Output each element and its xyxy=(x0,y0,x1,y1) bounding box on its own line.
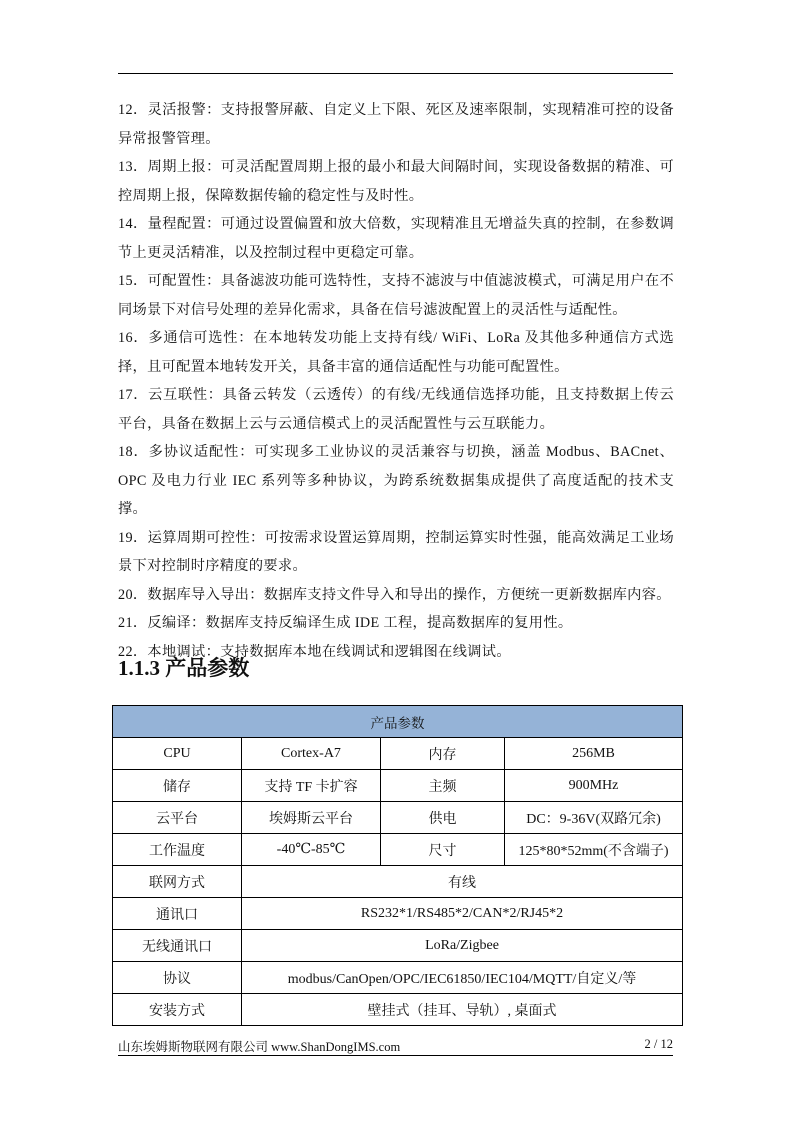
table-row: 安装方式 壁挂式（挂耳、导轨）, 桌面式 xyxy=(113,994,683,1026)
param-value: Cortex-A7 xyxy=(242,738,381,770)
table-row: CPU Cortex-A7 内存 256MB xyxy=(113,738,683,770)
table-title-row: 产品参数 xyxy=(113,706,683,738)
param-label: 通讯口 xyxy=(113,898,242,930)
param-label: 供电 xyxy=(381,802,505,834)
param-value: -40℃-85℃ xyxy=(242,834,381,866)
param-label: 内存 xyxy=(381,738,505,770)
table-row: 协议 modbus/CanOpen/OPC/IEC61850/IEC104/MQ… xyxy=(113,962,683,994)
table-row: 通讯口 RS232*1/RS485*2/CAN*2/RJ45*2 xyxy=(113,898,683,930)
table-title: 产品参数 xyxy=(113,706,683,738)
table-row: 工作温度 -40℃-85℃ 尺寸 125*80*52mm(不含端子) xyxy=(113,834,683,866)
param-label: 协议 xyxy=(113,962,242,994)
feature-item-13: 13．周期上报：可灵活配置周期上报的最小和最大间隔时间，实现设备数据的精准、可控… xyxy=(118,153,674,210)
footer-company: 山东埃姆斯物联网有限公司 www.ShanDongIMS.com xyxy=(118,1037,400,1055)
feature-item-21: 21．反编译：数据库支持反编译生成 IDE 工程，提高数据库的复用性。 xyxy=(118,609,674,638)
page-number: 2 / 12 xyxy=(645,1037,673,1055)
param-label: 联网方式 xyxy=(113,866,242,898)
param-value: 900MHz xyxy=(505,770,683,802)
param-label: 储存 xyxy=(113,770,242,802)
feature-item-19: 19．运算周期可控性：可按需求设置运算周期，控制运算实时性强，能高效满足工业场景… xyxy=(118,524,674,581)
page-footer: 山东埃姆斯物联网有限公司 www.ShanDongIMS.com 2 / 12 xyxy=(118,1037,673,1055)
feature-item-12: 12．灵活报警：支持报警屏蔽、自定义上下限、死区及速率限制，实现精准可控的设备异… xyxy=(118,96,674,153)
param-value: DC：9-36V(双路冗余) xyxy=(505,802,683,834)
param-value: 壁挂式（挂耳、导轨）, 桌面式 xyxy=(242,994,683,1026)
feature-list: 12．灵活报警：支持报警屏蔽、自定义上下限、死区及速率限制，实现精准可控的设备异… xyxy=(118,96,674,666)
table-row: 联网方式 有线 xyxy=(113,866,683,898)
feature-item-15: 15．可配置性：具备滤波功能可选特性，支持不滤波与中值滤波模式，可满足用户在不同… xyxy=(118,267,674,324)
table-row: 无线通讯口 LoRa/Zigbee xyxy=(113,930,683,962)
param-value: RS232*1/RS485*2/CAN*2/RJ45*2 xyxy=(242,898,683,930)
table-row: 储存 支持 TF 卡扩容 主频 900MHz xyxy=(113,770,683,802)
param-label: 工作温度 xyxy=(113,834,242,866)
param-value: 有线 xyxy=(242,866,683,898)
feature-item-14: 14．量程配置：可通过设置偏置和放大倍数，实现精准且无增益失真的控制，在参数调节… xyxy=(118,210,674,267)
table-row: 云平台 埃姆斯云平台 供电 DC：9-36V(双路冗余) xyxy=(113,802,683,834)
feature-item-18: 18．多协议适配性：可实现多工业协议的灵活兼容与切换，涵盖 Modbus、BAC… xyxy=(118,438,674,524)
param-value: 125*80*52mm(不含端子) xyxy=(505,834,683,866)
feature-item-20: 20．数据库导入导出：数据库支持文件导入和导出的操作，方便统一更新数据库内容。 xyxy=(118,581,674,610)
param-label: 云平台 xyxy=(113,802,242,834)
param-value: 埃姆斯云平台 xyxy=(242,802,381,834)
product-params-table: 产品参数 CPU Cortex-A7 内存 256MB 储存 支持 TF 卡扩容… xyxy=(112,705,683,1026)
header-rule xyxy=(118,73,673,74)
param-value: modbus/CanOpen/OPC/IEC61850/IEC104/MQTT/… xyxy=(242,962,683,994)
param-value: 支持 TF 卡扩容 xyxy=(242,770,381,802)
param-label: 尺寸 xyxy=(381,834,505,866)
param-label: 无线通讯口 xyxy=(113,930,242,962)
feature-item-17: 17．云互联性：具备云转发（云透传）的有线/无线通信选择功能，且支持数据上传云平… xyxy=(118,381,674,438)
param-label: 主频 xyxy=(381,770,505,802)
feature-item-16: 16．多通信可选性：在本地转发功能上支持有线/ WiFi、LoRa 及其他多种通… xyxy=(118,324,674,381)
footer-rule xyxy=(118,1055,673,1056)
param-value: LoRa/Zigbee xyxy=(242,930,683,962)
param-value: 256MB xyxy=(505,738,683,770)
param-label: 安装方式 xyxy=(113,994,242,1026)
param-label: CPU xyxy=(113,738,242,770)
section-heading: 1.1.3 产品参数 xyxy=(118,652,249,682)
